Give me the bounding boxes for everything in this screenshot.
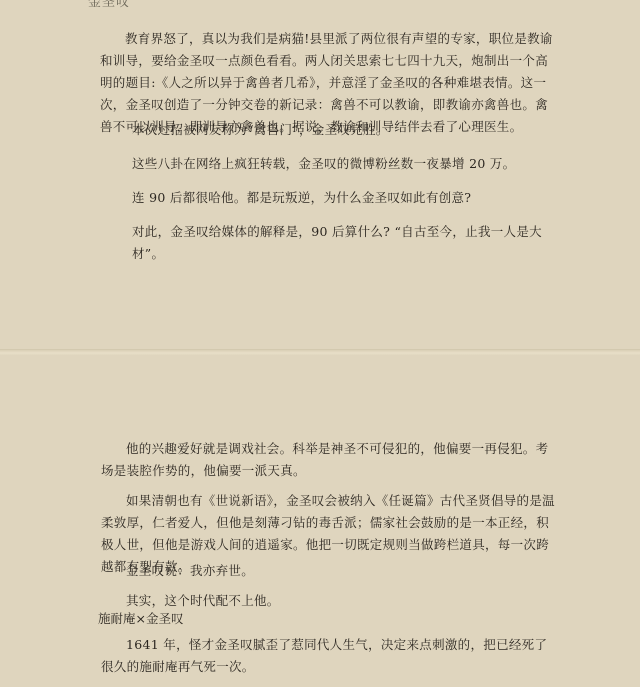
paragraph: 1641 年，怪才金圣叹腻歪了惹同代人生气，决定来点刺激的，把已经死了很久的施耐… [101, 634, 556, 678]
cut-off-text-fragment: 金圣叹 [88, 0, 130, 10]
paragraph: 这些八卦在网络上疯狂转载，金圣叹的微博粉丝数一夜暴增 20 万。 [132, 153, 562, 175]
paragraph: 金圣叹说：我亦弃世。 [101, 560, 556, 582]
section-heading: 施耐庵×金圣叹 [98, 608, 183, 630]
paragraph: 连 90 后都很哈他。都是玩叛逆，为什么金圣叹如此有创意? [132, 187, 562, 209]
paragraph: 本次过招被网友称为“禽兽门”，金圣叹完胜。 [132, 119, 562, 141]
paragraph: 他的兴趣爱好就是调戏社会。科举是神圣不可侵犯的，他偏要一再侵犯。考场是装腔作势的… [101, 438, 556, 482]
paragraph: 对此，金圣叹给媒体的解释是，90 后算什么? “自古至今，止我一人是大材”。 [132, 221, 562, 265]
document-page-top: 金圣叹 教育界怒了，真以为我们是病猫!县里派了两位很有声望的专家，职位是教谕和训… [0, 0, 640, 350]
